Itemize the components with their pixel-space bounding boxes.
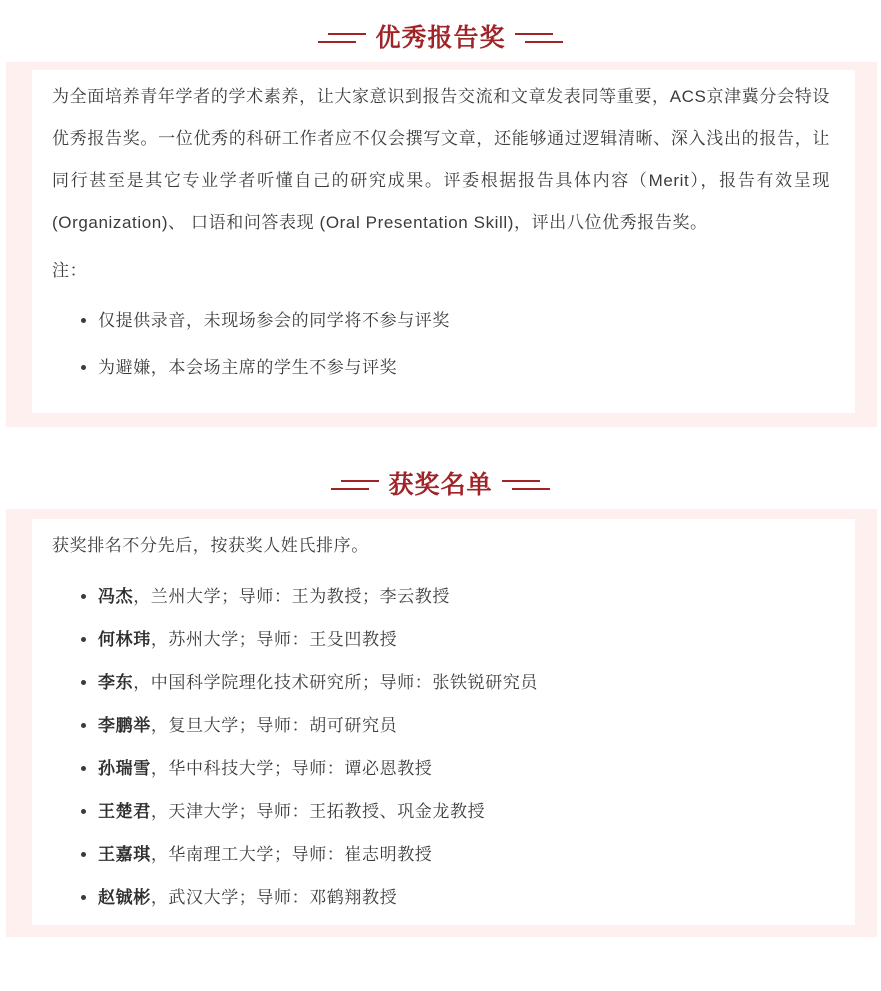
list-item: 李鹏举，复旦大学；导师：胡可研究员 xyxy=(98,704,830,747)
winner-name: 冯杰 xyxy=(98,587,133,606)
list-item: 赵铖彬，武汉大学；导师：邓鹤翔教授 xyxy=(98,876,830,919)
winner-name: 李鹏举 xyxy=(98,716,151,735)
note-label: 注： xyxy=(52,250,830,292)
header-decoration-left-icon xyxy=(318,32,366,44)
winner-name: 王嘉琪 xyxy=(98,845,151,864)
winners-section-card: 获奖排名不分先后，按获奖人姓氏排序。 冯杰，兰州大学；导师：王为教授；李云教授 … xyxy=(32,519,855,925)
winner-detail: ，华中科技大学；导师：谭必恩教授 xyxy=(151,759,433,778)
header-decoration-right-icon xyxy=(502,479,550,491)
winner-detail: ，复旦大学；导师：胡可研究员 xyxy=(151,716,397,735)
winner-name: 王楚君 xyxy=(98,802,151,821)
award-section-card: 为全面培养青年学者的学术素养，让大家意识到报告交流和文章发表同等重要，ACS京津… xyxy=(32,70,855,413)
section-header-winners: 获奖名单 xyxy=(0,470,881,500)
winner-detail: ，兰州大学；导师：王为教授；李云教授 xyxy=(133,587,450,606)
list-item: 何林玮，苏州大学；导师：王殳凹教授 xyxy=(98,618,830,661)
winner-detail: ，武汉大学；导师：邓鹤翔教授 xyxy=(151,888,397,907)
winner-detail: ，华南理工大学；导师：崔志明教授 xyxy=(151,845,433,864)
winner-detail: ，天津大学；导师：王拓教授、巩金龙教授 xyxy=(151,802,485,821)
list-item: 仅提供录音，未现场参会的同学将不参与评奖 xyxy=(98,300,830,342)
list-item: 冯杰，兰州大学；导师：王为教授；李云教授 xyxy=(98,575,830,618)
winner-detail: ，中国科学院理化技术研究所；导师：张铁锐研究员 xyxy=(133,673,538,692)
winner-name: 李东 xyxy=(98,673,133,692)
winners-section-band: 获奖排名不分先后，按获奖人姓氏排序。 冯杰，兰州大学；导师：王为教授；李云教授 … xyxy=(6,509,877,937)
winner-list: 冯杰，兰州大学；导师：王为教授；李云教授 何林玮，苏州大学；导师：王殳凹教授 李… xyxy=(52,575,830,919)
note-list: 仅提供录音，未现场参会的同学将不参与评奖 为避嫌，本会场主席的学生不参与评奖 xyxy=(52,300,830,389)
list-item: 李东，中国科学院理化技术研究所；导师：张铁锐研究员 xyxy=(98,661,830,704)
award-section-band: 为全面培养青年学者的学术素养，让大家意识到报告交流和文章发表同等重要，ACS京津… xyxy=(6,62,877,427)
list-item: 王楚君，天津大学；导师：王拓教授、巩金龙教授 xyxy=(98,790,830,833)
section-header-award: 优秀报告奖 xyxy=(0,23,881,53)
winner-name: 何林玮 xyxy=(98,630,151,649)
article-page: 优秀报告奖 为全面培养青年学者的学术素养，让大家意识到报告交流和文章发表同等重要… xyxy=(0,0,881,991)
list-item: 孙瑞雪，华中科技大学；导师：谭必恩教授 xyxy=(98,747,830,790)
winner-name: 孙瑞雪 xyxy=(98,759,151,778)
header-decoration-right-icon xyxy=(515,32,563,44)
list-item: 为避嫌，本会场主席的学生不参与评奖 xyxy=(98,347,830,389)
winner-detail: ，苏州大学；导师：王殳凹教授 xyxy=(151,630,397,649)
section-title-winners: 获奖名单 xyxy=(388,470,492,500)
list-item: 王嘉琪，华南理工大学；导师：崔志明教授 xyxy=(98,833,830,876)
section-title-award: 优秀报告奖 xyxy=(375,23,505,53)
header-decoration-left-icon xyxy=(331,479,379,491)
winners-intro: 获奖排名不分先后，按获奖人姓氏排序。 xyxy=(52,525,830,567)
winner-name: 赵铖彬 xyxy=(98,888,151,907)
award-description: 为全面培养青年学者的学术素养，让大家意识到报告交流和文章发表同等重要，ACS京津… xyxy=(52,76,830,244)
